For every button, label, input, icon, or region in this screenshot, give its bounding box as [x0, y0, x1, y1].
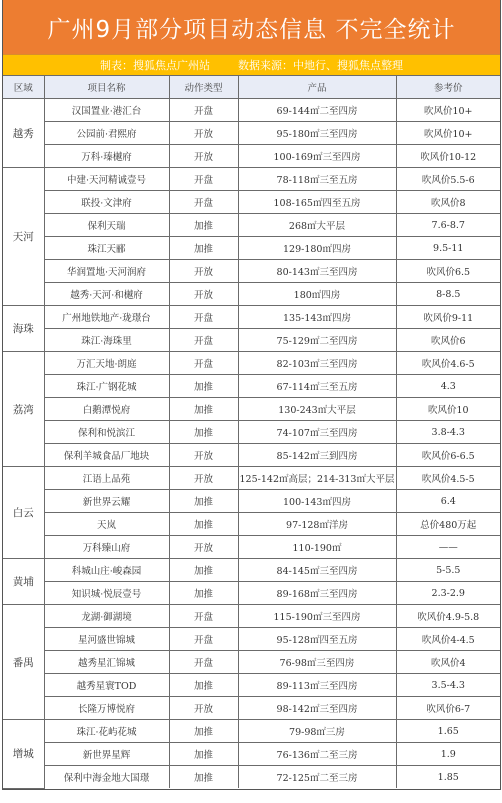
- header-region: 区域: [3, 76, 44, 99]
- project-name-cell: 白鹅潭悦府: [44, 398, 169, 421]
- project-name-cell: 科城山庄·峻森园: [44, 559, 169, 582]
- header-product: 产品: [238, 76, 396, 99]
- table-row: 越秀星汇锦城开盘76-98㎡三至四房吹风价4: [3, 651, 500, 674]
- project-name-cell: 华润置地·天河润府: [44, 260, 169, 283]
- reference-price-cell: 3.8-4.3: [396, 421, 500, 444]
- action-type-cell: 加推: [169, 582, 238, 605]
- table-row: 保利羊城食品厂地块开放85-142㎡三到四房吹风价6-6.5: [3, 444, 500, 467]
- reference-price-cell: 9.5-11: [396, 237, 500, 260]
- project-name-cell: 星河盛世锦城: [44, 628, 169, 651]
- region-cell: 越秀: [3, 99, 44, 168]
- table-row: 保利和悦滨江加推74-107㎡三至四房3.8-4.3: [3, 421, 500, 444]
- reference-price-cell: 吹风价4-4.5: [396, 628, 500, 651]
- project-name-cell: 龙湖·御湖境: [44, 605, 169, 628]
- reference-price-cell: 2.3-2.9: [396, 582, 500, 605]
- action-type-cell: 加推: [169, 720, 238, 743]
- product-cell: 115-190㎡三至四房: [238, 605, 396, 628]
- action-type-cell: 开盘: [169, 605, 238, 628]
- product-cell: 76-136㎡二至三房: [238, 743, 396, 766]
- action-type-cell: 开盘: [169, 628, 238, 651]
- reference-price-cell: 3.5-4.3: [396, 674, 500, 697]
- table-row: 联投·文津府开盘108-165㎡四至五房吹风价8: [3, 191, 500, 214]
- maker-label: 制表：搜狐焦点广州站: [100, 57, 210, 73]
- product-cell: 84-145㎡三至四房: [238, 559, 396, 582]
- table-row: 华润置地·天河润府开放80-143㎡三至四房吹风价6.5: [3, 260, 500, 283]
- reference-price-cell: 吹风价4: [396, 651, 500, 674]
- product-cell: 108-165㎡四至五房: [238, 191, 396, 214]
- action-type-cell: 开放: [169, 697, 238, 720]
- region-cell: 增城: [3, 720, 44, 789]
- project-name-cell: 越秀星寰TOD: [44, 674, 169, 697]
- action-type-cell: 开盘: [169, 168, 238, 191]
- product-cell: 180㎡四房: [238, 283, 396, 306]
- table-row: 白鹅潭悦府加推130-243㎡大平层吹风价10: [3, 398, 500, 421]
- region-cell: 天河: [3, 168, 44, 306]
- reference-price-cell: 吹风价10+: [396, 122, 500, 145]
- reference-price-cell: 8-8.5: [396, 283, 500, 306]
- action-type-cell: 加推: [169, 375, 238, 398]
- table-row: 天岚加推97-128㎡洋房总价480万起: [3, 513, 500, 536]
- table-row: 番禺龙湖·御湖境开盘115-190㎡三至四房吹风价4.9-5.8: [3, 605, 500, 628]
- reference-price-cell: 吹风价6-6.5: [396, 444, 500, 467]
- page-title: 广州9月部分项目动态信息 不完全统计: [3, 0, 500, 54]
- action-type-cell: 加推: [169, 398, 238, 421]
- product-cell: 79-98㎡三房: [238, 720, 396, 743]
- table-row: 知识城·悦辰壹号加推89-168㎡三至四房2.3-2.9: [3, 582, 500, 605]
- action-type-cell: 开盘: [169, 306, 238, 329]
- action-type-cell: 开放: [169, 260, 238, 283]
- header-action-type: 动作类型: [169, 76, 238, 99]
- reference-price-cell: 1.85: [396, 766, 500, 789]
- action-type-cell: 开盘: [169, 329, 238, 352]
- project-name-cell: 万汇天地·朗庭: [44, 352, 169, 375]
- reference-price-cell: 吹风价6-7: [396, 697, 500, 720]
- project-table: 区域 项目名称 动作类型 产品 参考价 越秀汉国置业·港汇台开盘69-144㎡二…: [3, 75, 500, 789]
- subtitle-bar: 制表：搜狐焦点广州站 数据来源：中地行、搜狐焦点整理: [3, 54, 500, 75]
- project-name-cell: 万科·瑧樾府: [44, 145, 169, 168]
- reference-price-cell: 总价480万起: [396, 513, 500, 536]
- product-cell: 135-143㎡四房: [238, 306, 396, 329]
- action-type-cell: 加推: [169, 513, 238, 536]
- project-name-cell: 珠江·海珠里: [44, 329, 169, 352]
- reference-price-cell: ——: [396, 536, 500, 559]
- action-type-cell: 开盘: [169, 352, 238, 375]
- reference-price-cell: 吹风价6.5: [396, 260, 500, 283]
- action-type-cell: 加推: [169, 214, 238, 237]
- product-cell: 100-169㎡三至四房: [238, 145, 396, 168]
- action-type-cell: 开盘: [169, 651, 238, 674]
- reference-price-cell: 吹风价10-12: [396, 145, 500, 168]
- action-type-cell: 开放: [169, 467, 238, 490]
- project-name-cell: 珠江·广钢花城: [44, 375, 169, 398]
- action-type-cell: 开盘: [169, 99, 238, 122]
- action-type-cell: 开放: [169, 444, 238, 467]
- table-row: 新世界云耀加推100-143㎡四房6.4: [3, 490, 500, 513]
- table-row: 越秀·天河·和樾府开放180㎡四房8-8.5: [3, 283, 500, 306]
- action-type-cell: 加推: [169, 559, 238, 582]
- product-cell: 125-142㎡高层；214-313㎡大平层: [238, 467, 396, 490]
- table-row: 万科·瑧樾府开放100-169㎡三至四房吹风价10-12: [3, 145, 500, 168]
- table-row: 珠江天郦加推129-180㎡四房9.5-11: [3, 237, 500, 260]
- project-name-cell: 新世界星辉: [44, 743, 169, 766]
- action-type-cell: 加推: [169, 237, 238, 260]
- region-cell: 海珠: [3, 306, 44, 352]
- reference-price-cell: 吹风价4.9-5.8: [396, 605, 500, 628]
- reference-price-cell: 吹风价8: [396, 191, 500, 214]
- product-cell: 72-125㎡二至三房: [238, 766, 396, 789]
- region-cell: 白云: [3, 467, 44, 559]
- table-row: 保利中海金地大国璟加推72-125㎡二至三房1.85: [3, 766, 500, 789]
- product-cell: 76-98㎡三至四房: [238, 651, 396, 674]
- table-row: 增城珠江·花屿花城加推79-98㎡三房1.65: [3, 720, 500, 743]
- header-reference-price: 参考价: [396, 76, 500, 99]
- project-name-cell: 长隆万博悦府: [44, 697, 169, 720]
- source-label: 数据来源：中地行、搜狐焦点整理: [238, 57, 403, 73]
- table-row: 星河盛世锦城开盘95-128㎡四至五房吹风价4-4.5: [3, 628, 500, 651]
- reference-price-cell: 吹风价10: [396, 398, 500, 421]
- region-cell: 荔湾: [3, 352, 44, 467]
- project-name-cell: 广州地铁地产·珑璟台: [44, 306, 169, 329]
- product-cell: 110-190㎡: [238, 536, 396, 559]
- table-row: 海珠广州地铁地产·珑璟台开盘135-143㎡四房吹风价9-11: [3, 306, 500, 329]
- table-row: 长隆万博悦府开放98-142㎡三至四房吹风价6-7: [3, 697, 500, 720]
- table-row: 越秀星寰TOD加推89-113㎡三至四房3.5-4.3: [3, 674, 500, 697]
- product-cell: 82-103㎡三至四房: [238, 352, 396, 375]
- reference-price-cell: 吹风价4.5-5: [396, 467, 500, 490]
- reference-price-cell: 5-5.5: [396, 559, 500, 582]
- region-cell: 番禺: [3, 605, 44, 720]
- product-cell: 89-168㎡三至四房: [238, 582, 396, 605]
- region-cell: 黄埔: [3, 559, 44, 605]
- table-row: 黄埔科城山庄·峻森园加推84-145㎡三至四房5-5.5: [3, 559, 500, 582]
- project-name-cell: 知识城·悦辰壹号: [44, 582, 169, 605]
- project-name-cell: 越秀星汇锦城: [44, 651, 169, 674]
- project-name-cell: 公园前·君熙府: [44, 122, 169, 145]
- product-cell: 69-144㎡二至四房: [238, 99, 396, 122]
- product-cell: 74-107㎡三至四房: [238, 421, 396, 444]
- action-type-cell: 开放: [169, 122, 238, 145]
- project-name-cell: 新世界云耀: [44, 490, 169, 513]
- table-row: 保利天瑞加推268㎡大平层7.6-8.7: [3, 214, 500, 237]
- table-row: 新世界星辉加推76-136㎡二至三房1.9: [3, 743, 500, 766]
- action-type-cell: 开放: [169, 536, 238, 559]
- table-row: 荔湾万汇天地·朗庭开盘82-103㎡三至四房吹风价4.6-5: [3, 352, 500, 375]
- action-type-cell: 加推: [169, 766, 238, 789]
- table-header-row: 区域 项目名称 动作类型 产品 参考价: [3, 76, 500, 99]
- project-name-cell: 保利羊城食品厂地块: [44, 444, 169, 467]
- project-name-cell: 保利中海金地大国璟: [44, 766, 169, 789]
- reference-price-cell: 4.3: [396, 375, 500, 398]
- product-cell: 85-142㎡三到四房: [238, 444, 396, 467]
- product-cell: 78-118㎡三至五房: [238, 168, 396, 191]
- reference-price-cell: 吹风价6: [396, 329, 500, 352]
- project-name-cell: 保利天瑞: [44, 214, 169, 237]
- product-cell: 130-243㎡大平层: [238, 398, 396, 421]
- reference-price-cell: 吹风价9-11: [396, 306, 500, 329]
- project-name-cell: 江语上品苑: [44, 467, 169, 490]
- reference-price-cell: 1.65: [396, 720, 500, 743]
- project-name-cell: 珠江天郦: [44, 237, 169, 260]
- product-cell: 97-128㎡洋房: [238, 513, 396, 536]
- reference-price-cell: 吹风价10+: [396, 99, 500, 122]
- project-name-cell: 联投·文津府: [44, 191, 169, 214]
- action-type-cell: 加推: [169, 490, 238, 513]
- action-type-cell: 加推: [169, 674, 238, 697]
- product-cell: 268㎡大平层: [238, 214, 396, 237]
- product-cell: 100-143㎡四房: [238, 490, 396, 513]
- product-cell: 95-180㎡三至四房: [238, 122, 396, 145]
- project-name-cell: 珠江·花屿花城: [44, 720, 169, 743]
- action-type-cell: 加推: [169, 421, 238, 444]
- product-cell: 80-143㎡三至四房: [238, 260, 396, 283]
- project-name-cell: 万科臻山府: [44, 536, 169, 559]
- table-row: 公园前·君熙府开放95-180㎡三至四房吹风价10+: [3, 122, 500, 145]
- reference-price-cell: 7.6-8.7: [396, 214, 500, 237]
- reference-price-cell: 1.9: [396, 743, 500, 766]
- reference-price-cell: 吹风价4.6-5: [396, 352, 500, 375]
- project-info-sheet: 广州9月部分项目动态信息 不完全统计 制表：搜狐焦点广州站 数据来源：中地行、搜…: [2, 0, 501, 790]
- product-cell: 95-128㎡四至五房: [238, 628, 396, 651]
- project-name-cell: 天岚: [44, 513, 169, 536]
- action-type-cell: 开盘: [169, 191, 238, 214]
- table-row: 珠江·海珠里开盘75-129㎡二至四房吹风价6: [3, 329, 500, 352]
- header-project-name: 项目名称: [44, 76, 169, 99]
- action-type-cell: 开放: [169, 283, 238, 306]
- project-name-cell: 中建·天河精诚壹号: [44, 168, 169, 191]
- project-name-cell: 越秀·天河·和樾府: [44, 283, 169, 306]
- table-row: 珠江·广钢花城加推67-114㎡三至五房4.3: [3, 375, 500, 398]
- project-name-cell: 保利和悦滨江: [44, 421, 169, 444]
- table-row: 万科臻山府开放110-190㎡——: [3, 536, 500, 559]
- product-cell: 129-180㎡四房: [238, 237, 396, 260]
- action-type-cell: 加推: [169, 743, 238, 766]
- product-cell: 98-142㎡三至四房: [238, 697, 396, 720]
- reference-price-cell: 吹风价5.5-6: [396, 168, 500, 191]
- project-name-cell: 汉国置业·港汇台: [44, 99, 169, 122]
- table-row: 越秀汉国置业·港汇台开盘69-144㎡二至四房吹风价10+: [3, 99, 500, 122]
- action-type-cell: 开放: [169, 145, 238, 168]
- product-cell: 75-129㎡二至四房: [238, 329, 396, 352]
- table-row: 天河中建·天河精诚壹号开盘78-118㎡三至五房吹风价5.5-6: [3, 168, 500, 191]
- product-cell: 89-113㎡三至四房: [238, 674, 396, 697]
- table-body: 越秀汉国置业·港汇台开盘69-144㎡二至四房吹风价10+公园前·君熙府开放95…: [3, 99, 500, 789]
- reference-price-cell: 6.4: [396, 490, 500, 513]
- table-row: 白云江语上品苑开放125-142㎡高层；214-313㎡大平层吹风价4.5-5: [3, 467, 500, 490]
- product-cell: 67-114㎡三至五房: [238, 375, 396, 398]
